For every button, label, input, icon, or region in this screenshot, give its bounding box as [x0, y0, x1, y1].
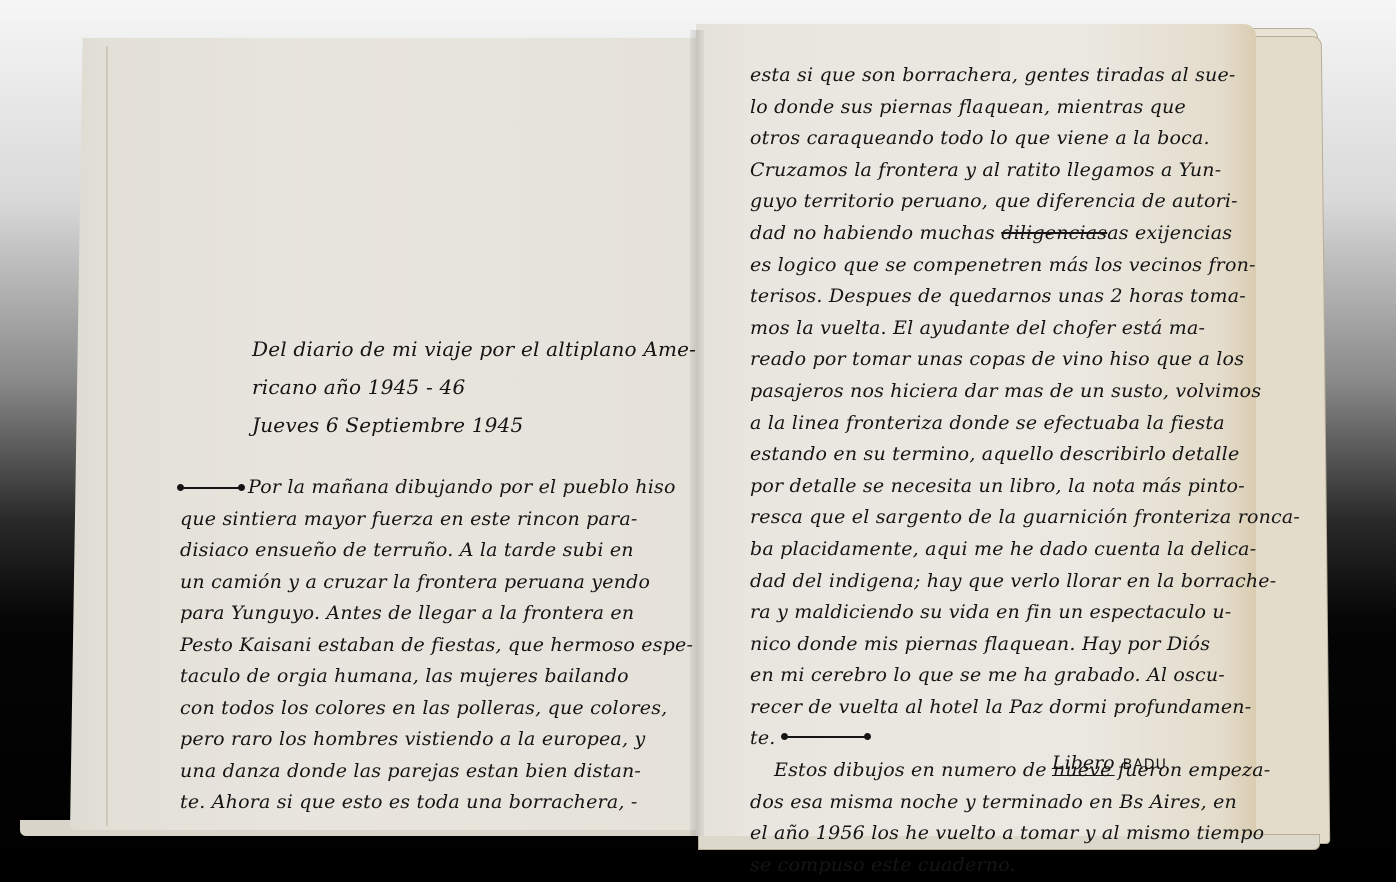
text-line: Cruzamos la frontera y al ratito llegamo…: [750, 155, 1300, 187]
closing-line: el año 1956 los he vuelto a tomar y al m…: [750, 818, 1300, 850]
header-line: Del diario de mi viaje por el altiplano …: [252, 330, 696, 368]
left-page-text: Por la mañana dibujando por el pueblo hi…: [180, 472, 693, 819]
header-line: ricano año 1945 - 46: [252, 368, 696, 406]
text-line: recer de vuelta al hotel la Paz dormi pr…: [750, 692, 1300, 724]
text-line: Pesto Kaisani estaban de fiestas, que he…: [180, 630, 693, 662]
text-line: por detalle se necesita un libro, la not…: [750, 471, 1300, 503]
text-line: pero raro los hombres vistiendo a la eur…: [180, 724, 693, 756]
text-line: guyo territorio peruano, que diferencia …: [750, 186, 1300, 218]
text-line: con todos los colores en las polleras, q…: [180, 693, 693, 725]
text-line: que sintiera mayor fuerza en este rincon…: [180, 504, 693, 536]
paragraph-dash-marker: [180, 487, 242, 489]
open-notebook: Del diario de mi viaje por el altiplano …: [0, 0, 1396, 882]
text-line: para Yunguyo. Antes de llegar a la front…: [180, 598, 693, 630]
text-line: te.: [750, 727, 776, 749]
signature-last-name: BADU: [1123, 757, 1167, 773]
diary-header: Del diario de mi viaje por el altiplano …: [252, 330, 696, 444]
text-line: un camión y a cruzar la frontera peruana…: [180, 567, 693, 599]
text-line: lo donde sus piernas flaquean, mientras …: [750, 92, 1300, 124]
closing-line: Estos dibujos en numero de nueve fueron …: [750, 755, 1300, 787]
text-line: terisos. Despues de quedarnos unas 2 hor…: [750, 281, 1300, 313]
text-line: dad del indigena; hay que verlo llorar e…: [750, 566, 1300, 598]
text-line: taculo de orgia humana, las mujeres bail…: [180, 661, 693, 693]
closing-line: se compuso este cuaderno.: [750, 850, 1300, 882]
header-date: Jueves 6 Septiembre 1945: [252, 406, 696, 444]
text-line: pasajeros nos hiciera dar mas de un sust…: [750, 376, 1300, 408]
text-line: nico donde mis piernas flaquean. Hay por…: [750, 629, 1300, 661]
text-line: otros caraqueando todo lo que viene a la…: [750, 123, 1300, 155]
text-line: dad no habiendo muchas: [750, 222, 995, 244]
text-line: ba placidamente, aqui me he dado cuenta …: [750, 534, 1300, 566]
text-line: te. Ahora si que esto es toda una borrac…: [180, 787, 693, 819]
text-line: disiaco ensueño de terruño. A la tarde s…: [180, 535, 693, 567]
paragraph-dash-marker: [784, 736, 868, 738]
text-line: en mi cerebro lo que se me ha grabado. A…: [750, 660, 1300, 692]
text-line: esta si que son borrachera, gentes tirad…: [750, 60, 1300, 92]
struck-word: diligencias: [1001, 222, 1107, 244]
author-signature: LiberoBADU: [1052, 752, 1167, 774]
page-fold-crease: [106, 46, 108, 826]
closing-line: dos esa misma noche y terminado en Bs Ai…: [750, 787, 1300, 819]
text-line: a la linea fronteriza donde se efectuaba…: [750, 408, 1300, 440]
text-line: ra y maldiciendo su vida en fin un espec…: [750, 597, 1300, 629]
right-page-text: esta si que son borrachera, gentes tirad…: [750, 60, 1300, 881]
text-line: resca que el sargento de la guarnición f…: [750, 502, 1300, 534]
text-line: una danza donde las parejas estan bien d…: [180, 756, 693, 788]
text-line: as exijencias: [1107, 222, 1232, 244]
text-line: estando en su termino, aquello describir…: [750, 439, 1300, 471]
text-line: es logico que se compenetren más los vec…: [750, 250, 1300, 282]
text-line: reado por tomar unas copas de vino hiso …: [750, 344, 1300, 376]
text-line: Por la mañana dibujando por el pueblo hi…: [248, 476, 676, 498]
signature-first-name: Libero: [1052, 752, 1115, 774]
text-line: mos la vuelta. El ayudante del chofer es…: [750, 313, 1300, 345]
